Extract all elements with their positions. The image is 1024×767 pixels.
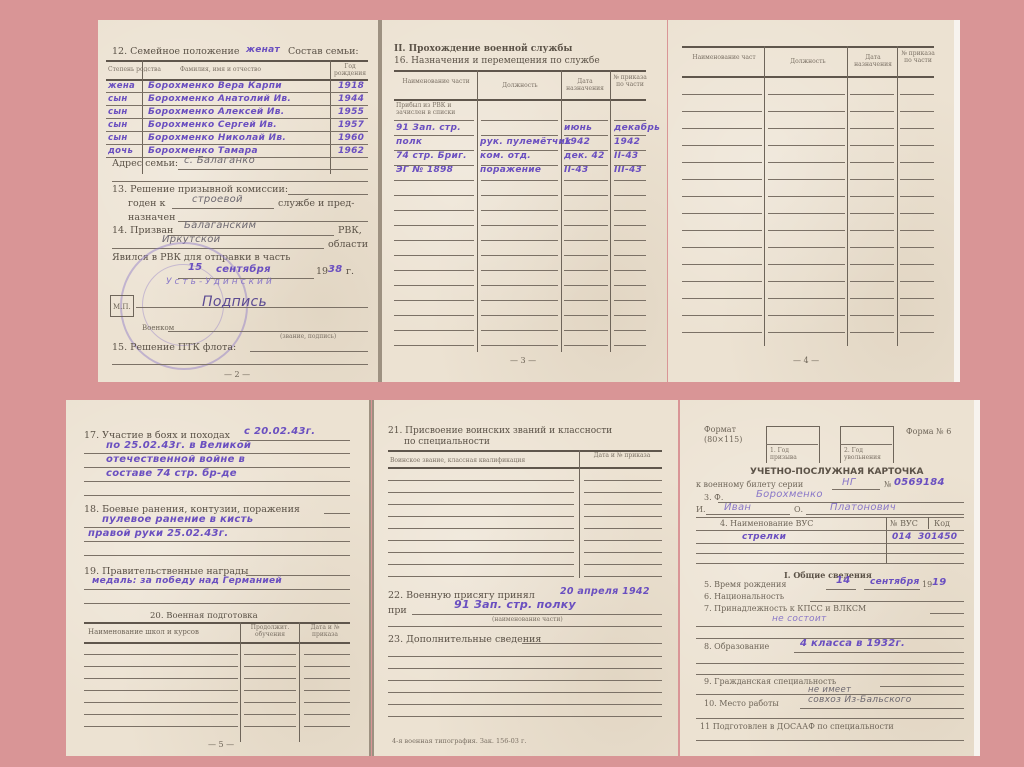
table-rule [394,240,474,241]
table-rule [244,702,296,703]
table-rule [481,330,558,331]
name-value: Иван [724,502,751,514]
item17-line-1: по 25.02.43г. в Великой [106,440,251,452]
table-rule [394,270,474,271]
table-rule [481,345,558,346]
dosaaf-label: 11 Подготовлен в ДОСААФ по специальности [700,723,894,731]
text-rule [388,680,662,681]
table-rule [564,135,608,136]
table-rule [564,150,608,151]
table-rule [394,255,474,256]
table-rule [614,150,646,151]
table-rule [394,195,474,196]
table-rule [614,255,646,256]
table-rule [84,678,238,679]
family-member-name: Борохменко Сергей Ив. [148,119,277,131]
table-rule [850,179,894,180]
table-rule [682,145,762,146]
item22-unit: 91 Зап. стр. полку [454,599,576,611]
workplace-value: совхоз Из-Бальского [808,694,912,706]
service-order: 1942 [614,136,640,148]
col-date: Дата назначения [562,78,608,92]
table-rule [850,128,894,129]
party-label: 7. Принадлежность к КПСС и ВЛКСМ [704,605,866,613]
family-birth-year: 1918 [338,80,364,92]
table-rule [394,300,474,301]
table-rule [900,128,934,129]
item13-fit-value: строевой [192,194,243,206]
ticket-number: 0569184 [894,477,945,489]
birth-day: 14 [836,575,851,587]
table-rule [768,230,845,231]
table-rule [394,150,474,151]
table-rule [682,264,762,265]
birth-year-prefix: 19 [922,581,932,589]
table-rule [850,162,894,163]
table-rule [394,345,474,346]
table-rule [394,135,474,136]
text-rule [388,716,662,717]
col-unit: Наименование части [398,78,474,85]
birth-year: 19 [932,577,947,589]
table-rule [682,332,762,333]
table-row-line [106,157,368,158]
table-rule [244,666,296,667]
item14-value: Балаганским [184,220,256,232]
table-rule [614,240,646,241]
table-rule [682,162,762,163]
table-rule [481,165,558,166]
ticket-label: к военному билету серии [696,481,803,489]
table-rule [768,179,845,180]
family-member-name: Борохменко Вера Карпи [148,80,282,92]
service-position: ком. отд. [480,150,531,162]
table-rule [614,345,646,346]
page-3-service: II. Прохождение военной службы 16. Назна… [380,20,667,382]
page-number: — 2 — [224,370,250,379]
table-rule [768,111,845,112]
family-relation: сын [108,119,128,131]
table-rule [304,726,350,727]
table-rule [584,480,662,481]
table-rule [564,255,608,256]
item19-line-0: медаль: за победу над Германией [92,575,282,587]
table-rule [614,180,646,181]
table-rule [614,165,646,166]
family-member-name: Борохменко Анатолий Ив. [148,93,291,105]
section-title: II. Прохождение военной службы [394,44,572,55]
family-birth-year: 1960 [338,132,364,144]
family-relation: сын [108,132,128,144]
table-rule [564,330,608,331]
arrival-year: 38 [328,264,343,276]
table-rule [564,315,608,316]
table-rule [614,195,646,196]
table-rule [564,270,608,271]
format-label: Формат [704,426,736,434]
table-rule [768,213,845,214]
table-rule [388,540,574,541]
text-rule [388,656,662,657]
table-rule [244,654,296,655]
text-rule [388,704,662,705]
item18-line-1: правой руки 25.02.43г. [88,528,228,540]
item23-label: 23. Дополнительные сведения [388,634,541,645]
family-col-name: Фамилия, имя и отчество [180,66,261,73]
ticket-series: НГ [842,477,856,489]
table-rule [481,270,558,271]
table-rule [481,285,558,286]
table-rule [584,540,662,541]
box-year-call: 1. Год призыва [770,447,816,461]
table-rule [614,120,646,121]
family-col-relation: Степень родства [108,66,161,73]
table-rule [682,179,762,180]
item14-region-suffix: области [328,239,368,250]
family-status-value: женат [246,44,280,56]
col-order: № приказа по части [612,74,648,88]
workplace-label: 10. Место работы [704,700,779,708]
table-rule [481,300,558,301]
vus-no-label: № ВУС [890,520,918,528]
table-rule [900,298,934,299]
box-year-discharge: 2. Год увольнения [844,447,890,461]
arrival-year-prefix: 19 [316,266,328,277]
table-rule [614,270,646,271]
table-rule [850,145,894,146]
mp-label: М.П. [113,303,131,311]
table-rule [614,315,646,316]
family-relation: дочь [108,145,133,157]
col-order: Дата и № приказа [302,624,348,638]
table-rule [584,552,662,553]
family-birth-year: 1944 [338,93,364,105]
table-rule [768,315,845,316]
education-value: 4 класса в 1932г. [800,638,905,650]
table-rule [388,480,574,481]
page-4-service-continued: Наименование част Должность Дата назначе… [668,20,960,382]
text-rule [388,692,662,693]
family-relation: сын [108,106,128,118]
table-rule [900,230,934,231]
table-rule [388,516,574,517]
service-order: декабрь [614,122,660,134]
family-relation: сын [108,93,128,105]
item17-line-0: с 20.02.43г. [244,426,315,438]
service-position: рук. пулемётчик [480,136,572,148]
item22-at-label: при [388,605,407,616]
table-rule [394,315,474,316]
voenkom-signature: Подпись [202,296,267,308]
page-service-card: Формат (80×115) 1. Год призыва 2. Год ув… [680,400,980,756]
item17-line-2: отечественной войне в [106,454,245,466]
table-rule [564,120,608,121]
table-rule [394,225,474,226]
table-rule [388,564,574,565]
family-col-year: Год рождения [332,63,368,77]
page-6-ranks: 21. Присвоение воинских званий и классно… [372,400,678,756]
table-rule [564,180,608,181]
general-title: I. Общие сведения [784,570,872,581]
page-5-combat: 17. Участие в боях и походах с 20.02.43г… [66,400,371,756]
table-rule [614,135,646,136]
table-rule [614,285,646,286]
table-rule [481,240,558,241]
table-rule [850,111,894,112]
table-rule [900,94,934,95]
page-2-family: 12. Семейное положение женат Состав семь… [98,20,380,382]
address-label: Адрес семьи: [112,158,178,169]
table-rule [481,195,558,196]
table-rule [244,678,296,679]
arrival-day: 15 [188,262,203,274]
item14-rvk: РВК, [338,225,362,236]
service-unit: 91 Зап. стр. [396,122,461,134]
table-rule [682,213,762,214]
table-rule [850,230,894,231]
table-rule [900,145,934,146]
table-rule [614,300,646,301]
table-rule [388,504,574,505]
table-rule [682,281,762,282]
table-rule [614,225,646,226]
table-rule [84,702,238,703]
vus-no-value: 014 [892,531,912,543]
item13-fit-prefix: годен к [128,198,165,209]
education-label: 8. Образование [704,643,769,651]
form-number: Форма № 6 [906,428,951,436]
family-birth-year: 1957 [338,119,364,131]
service-date: июнь [564,122,592,134]
table-rule [682,196,762,197]
table-rule [584,528,662,529]
table-rule [850,196,894,197]
vus-code-label: Код [934,520,950,528]
table-rule [850,94,894,95]
family-relation: жена [108,80,135,92]
service-unit: полк [396,136,422,148]
voenkom-sublabel: (звание, подпись) [280,333,336,340]
col-rank: Воинское звание, классная квалификация [390,457,525,464]
item13-fit-suffix: службе и пред- [278,198,355,209]
table-rule [850,213,894,214]
format-size: (80×115) [704,436,742,444]
vus-name-value: стрелки [742,531,786,543]
table-rule [84,726,238,727]
table-rule [394,210,474,211]
table-rule [84,714,238,715]
table-rule [481,315,558,316]
item22-sublabel: (наименование части) [492,616,563,623]
table-rule [564,225,608,226]
table-rule [388,552,574,553]
surname-value: Борохменко [756,489,823,501]
table-rule [481,150,558,151]
table-rule [768,298,845,299]
service-order: II-43 [614,150,638,162]
table-rule [394,285,474,286]
table-rule [614,330,646,331]
table-rule [682,111,762,112]
table-rule [564,210,608,211]
table-rule [84,654,238,655]
stamp-text: Усть-Удинский [166,276,275,288]
party-value: не состоит [772,613,827,625]
service-date: дек. 42 [564,150,605,162]
family-member-name: Борохменко Алексей Ив. [148,106,284,118]
family-member-name: Борохменко Николай Ив. [148,132,286,144]
table-rule [564,195,608,196]
table-rule [584,492,662,493]
first-row-note: Прибыл из РВК и зачислен в списки [396,102,476,116]
table-rule [682,128,762,129]
table-rule [584,504,662,505]
table-rule [682,94,762,95]
table-rule [900,264,934,265]
table-rule [850,315,894,316]
table-rule [564,285,608,286]
item13-assigned: назначен [128,212,175,223]
table-rule [614,210,646,211]
table-rule [900,247,934,248]
birth-month: сентября [870,576,920,588]
birth-label: 5. Время рождения [704,581,786,589]
table-rule [481,120,558,121]
table-rule [84,666,238,667]
item15-label: 15. Решение ПТК флота: [112,342,236,353]
col-unit: Наименование част [684,54,764,61]
table-rule [900,111,934,112]
family-member-name: Борохменко Тамара [148,145,258,157]
col-order: № приказа по части [900,50,936,64]
item21-title-2: по специальности [404,437,490,448]
item18-line-0: пулевое ранение в кисть [102,514,253,526]
table-rule [244,714,296,715]
service-date: 1942 [564,136,590,148]
table-rule [481,180,558,181]
table-rule [768,162,845,163]
table-rule [768,128,845,129]
item16-label: 16. Назначения и перемещения по службе [394,56,600,67]
table-rule [304,654,350,655]
table-rule [682,298,762,299]
table-rule [564,300,608,301]
ticket-no-label: № [884,481,892,489]
table-rule [304,690,350,691]
text-rule [388,668,662,669]
surname-label: 3. Ф. [704,494,723,502]
table-rule [900,213,934,214]
family-composition-label: Состав семьи: [288,46,359,57]
table-rule [900,315,934,316]
family-status-label: 12. Семейное положение [112,46,240,57]
table-rule [244,726,296,727]
table-rule [682,247,762,248]
table-rule [768,281,845,282]
arrival-year-suffix: г. [346,266,354,277]
table-rule [900,196,934,197]
item20-title: 20. Военная подготовка [150,611,258,622]
table-rule [768,196,845,197]
table-rule [564,165,608,166]
col-date: Дата назначения [850,54,896,68]
table-rule [481,135,558,136]
family-birth-year: 1955 [338,106,364,118]
table-rule [388,492,574,493]
vus-name-label: 4. Наименование ВУС [720,520,813,528]
item22-date: 20 апреля 1942 [560,586,650,598]
patronymic-label: О. [794,506,803,514]
table-rule [768,145,845,146]
table-rule [850,298,894,299]
table-rule [388,576,574,577]
page-number: — 5 — [208,740,234,749]
col-schools: Наименование школ и курсов [88,628,199,636]
col-position: Должность [768,58,848,65]
service-unit: 74 стр. Бриг. [396,150,467,162]
page-number: — 3 — [510,356,536,365]
patronymic-value: Платонович [830,502,896,514]
table-rule [850,332,894,333]
family-birth-year: 1962 [338,145,364,157]
table-rule [564,345,608,346]
table-rule [564,240,608,241]
col-duration: Продолжит. обучения [242,624,298,638]
col-position: Должность [480,82,560,89]
page-number: — 4 — [793,356,819,365]
col-order: Дата и № приказа [584,452,660,459]
name-label: И. [696,506,706,514]
table-rule [481,210,558,211]
table-rule [768,332,845,333]
table-rule [900,332,934,333]
table-rule [900,179,934,180]
table-rule [850,247,894,248]
table-rule [850,281,894,282]
arrival-month: сентября [216,264,271,276]
table-rule [304,666,350,667]
table-rule [244,690,296,691]
table-rule [304,714,350,715]
item21-title-1: 21. Присвоение воинских званий и классно… [388,426,612,437]
table-rule [481,255,558,256]
table-rule [304,678,350,679]
table-rule [481,225,558,226]
table-rule [394,165,474,166]
vus-code-value: 301450 [918,531,957,543]
table-rule [388,528,574,529]
table-rule [682,315,762,316]
table-rule [584,576,662,577]
table-rule [394,120,474,121]
item17-line-3: составе 74 стр. бр-де [106,468,237,480]
table-rule [394,330,474,331]
printer-note: 4-я военная типография. Зак. 156-03 г. [392,738,526,745]
table-rule [682,230,762,231]
table-rule [394,180,474,181]
table-rule [768,264,845,265]
table-rule [768,247,845,248]
table-rule [584,516,662,517]
table-rule [304,702,350,703]
table-rule [850,264,894,265]
table-rule [584,564,662,565]
table-rule [84,690,238,691]
nationality-label: 6. Национальность [704,593,784,601]
table-rule [900,281,934,282]
table-rule [768,94,845,95]
table-rule [900,162,934,163]
